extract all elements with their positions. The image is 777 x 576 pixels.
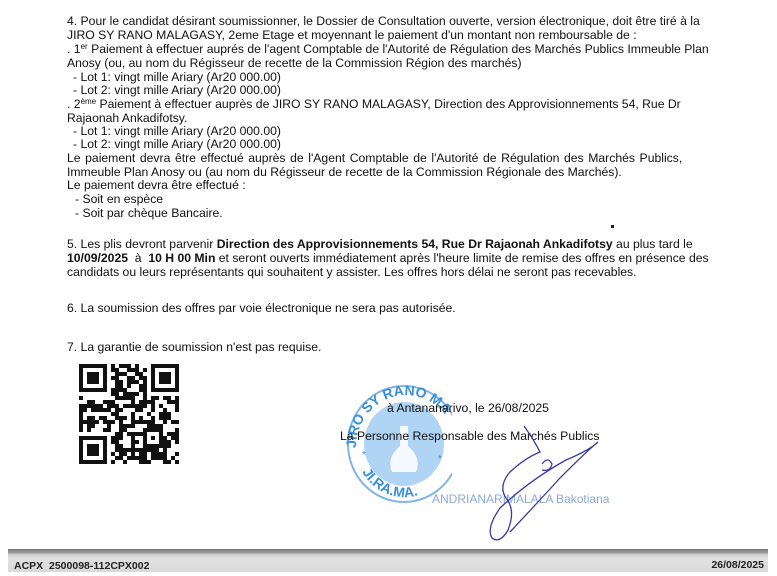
payment-method-cheque: - Soit par chèque Bancaire. [75, 206, 223, 220]
payment2-line2: Rajaonah Ankadifotsy. [67, 111, 187, 125]
payment1-lot1: - Lot 1: vingt mille Ariary (Ar20 000.00… [73, 70, 281, 84]
payment2-text: Paiement à effectuer auprès de JIRO SY R… [96, 97, 681, 111]
payment2-sup: ème [81, 97, 97, 106]
payment1-line: . 1er Paiement à effectuer auprés de l'a… [67, 42, 709, 56]
deadline-date: 10/09/2025 [67, 251, 128, 265]
footer-reference: ACPX 2500098-112CPX002 [14, 560, 149, 572]
payment2-prefix: . 2 [67, 97, 81, 111]
handwritten-signature [470, 420, 620, 545]
signature-place-date: à Antananarivo, le 26/08/2025 [387, 401, 549, 415]
section5-line2: 10/09/2025 à 10 H 00 Min et seront ouver… [67, 251, 709, 265]
payment-method-intro: Le paiement devra être effectué : [67, 178, 246, 192]
section7-text: 7. La garantie de soumission n'est pas r… [67, 340, 321, 354]
payment-note-line2: Immeuble Plan Anosy ou (au nom du Régiss… [67, 165, 622, 179]
footer-date: 26/08/2025 [711, 559, 764, 571]
payment1-lot2: - Lot 2: vingt mille Ariary (Ar20 000.00… [73, 83, 281, 97]
section5-address: Direction des Approvisionnements 54, Rue… [217, 237, 613, 251]
payment1-prefix: . 1 [67, 42, 81, 56]
payment2-line: . 2ème Paiement à effectuer auprès de JI… [67, 97, 681, 111]
section5-at: à [128, 251, 148, 265]
section4-line1: 4. Pour le candidat désirant soumissionn… [67, 14, 700, 28]
payment-method-cash: - Soit en espèce [75, 192, 163, 206]
document-footer: ACPX 2500098-112CPX002 26/08/2025 [8, 549, 768, 572]
section5-suffix: au plus tard le [613, 237, 693, 251]
payment2-lot1: - Lot 1: vingt mille Ariary (Ar20 000.00… [73, 124, 281, 138]
payment-note-line1: Le paiement devra être effectué auprès d… [67, 151, 682, 165]
section5-line1: 5. Les plis devront parvenir Direction d… [67, 237, 693, 251]
payment1-line2: Anosy (ou, au nom du Régisseur de recett… [67, 56, 522, 70]
payment1-text: Paiement à effectuer auprés de l'agent C… [88, 42, 709, 56]
section5-line2-rest: et seront ouverts immédiatement après l'… [215, 251, 708, 265]
svg-text:*: * [362, 450, 366, 461]
qr-code [79, 364, 179, 464]
payment1-sup: er [81, 42, 88, 51]
section4-line2: JIRO SY RANO MALAGASY, 2eme Etage et moy… [67, 28, 637, 42]
section6-text: 6. La soumission des offres par voie éle… [67, 301, 456, 315]
deadline-time: 10 H 00 Min [148, 251, 215, 265]
scan-speck [611, 225, 614, 228]
section5-prefix: 5. Les plis devront parvenir [67, 237, 217, 251]
section5-line3: candidats ou leurs représentants qui sou… [67, 265, 637, 279]
svg-text:*: * [438, 454, 442, 465]
payment2-lot2: - Lot 2: vingt mille Ariary (Ar20 000.00… [73, 137, 281, 151]
